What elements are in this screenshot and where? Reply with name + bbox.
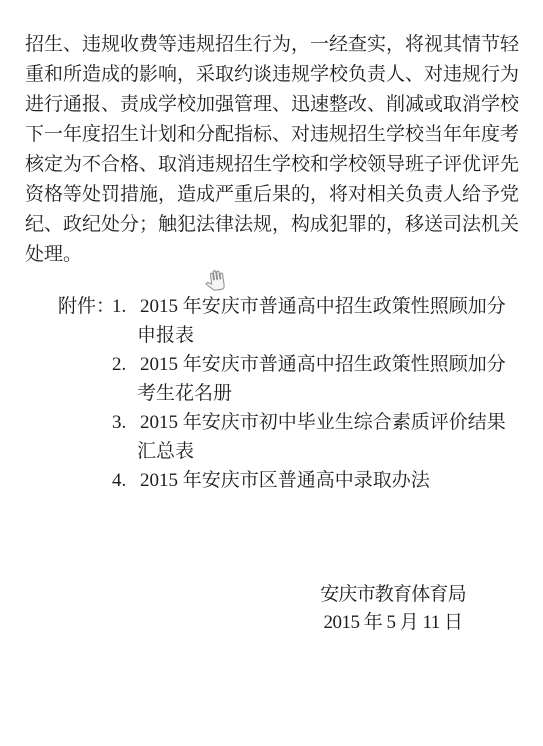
paragraph-line: 招生、违规收费等违规招生行为，一经查实，将视其情节轻 xyxy=(25,30,518,60)
hand-grab-cursor-icon xyxy=(203,268,227,294)
attachments-list: 1. 2015 年安庆市普通高中招生政策性照顾加分 申报表 2. 2015 年安… xyxy=(112,292,506,495)
body-paragraph: 招生、违规收费等违规招生行为，一经查实，将视其情节轻 重和所造成的影响，采取约谈… xyxy=(25,30,518,270)
attachment-title: 2015 年安庆市普通高中招生政策性照顾加分 考生花名册 xyxy=(140,350,506,408)
attachment-title: 2015 年安庆市初中毕业生综合素质评价结果 汇总表 xyxy=(140,408,506,466)
attachment-title-line2: 汇总表 xyxy=(137,437,506,466)
attachment-number: 1. xyxy=(112,292,140,321)
paragraph-line: 下一年度招生计划和分配指标、对违规招生学校当年年度考 xyxy=(25,120,518,150)
attachment-title-line1: 2015 年安庆市普通高中招生政策性照顾加分 xyxy=(140,292,506,321)
paragraph-line: 纪、政纪处分；触犯法律法规，构成犯罪的，移送司法机关 xyxy=(25,210,518,240)
issuer-name: 安庆市教育体育局 xyxy=(317,581,469,609)
attachment-item: 2. 2015 年安庆市普通高中招生政策性照顾加分 考生花名册 xyxy=(112,350,506,408)
attachment-item: 3. 2015 年安庆市初中毕业生综合素质评价结果 汇总表 xyxy=(112,408,506,466)
document-page: 招生、违规收费等违规招生行为，一经查实，将视其情节轻 重和所造成的影响，采取约谈… xyxy=(0,0,543,746)
paragraph-line: 进行通报、责成学校加强管理、迅速整改、削减或取消学校 xyxy=(25,90,518,120)
paragraph-line: 处理。 xyxy=(25,240,518,270)
attachment-title-line2: 考生花名册 xyxy=(137,379,506,408)
attachment-number: 2. xyxy=(112,350,140,379)
attachments-label: 附件： xyxy=(58,292,112,321)
attachment-title-line1: 2015 年安庆市普通高中招生政策性照顾加分 xyxy=(140,350,506,379)
issue-date: 2015 年 5 月 11 日 xyxy=(317,609,469,637)
attachment-item: 1. 2015 年安庆市普通高中招生政策性照顾加分 申报表 xyxy=(112,292,506,350)
attachment-number: 3. xyxy=(112,408,140,437)
attachment-title-line1: 2015 年安庆市初中毕业生综合素质评价结果 xyxy=(140,408,506,437)
signature-block: 安庆市教育体育局 2015 年 5 月 11 日 xyxy=(317,581,469,637)
attachment-title: 2015 年安庆市普通高中招生政策性照顾加分 申报表 xyxy=(140,292,506,350)
attachment-title: 2015 年安庆市区普通高中录取办法 xyxy=(140,466,430,495)
paragraph-line: 重和所造成的影响，采取约谈违规学校负责人、对违规行为 xyxy=(25,60,518,90)
attachment-item: 4. 2015 年安庆市区普通高中录取办法 xyxy=(112,466,506,495)
attachment-number: 4. xyxy=(112,466,140,495)
attachment-title-line2: 申报表 xyxy=(137,321,506,350)
attachments-section: 附件： 1. 2015 年安庆市普通高中招生政策性照顾加分 申报表 2. 201… xyxy=(58,292,506,495)
paragraph-line: 核定为不合格、取消违规招生学校和学校领导班子评优评先 xyxy=(25,150,518,180)
attachment-title-line1: 2015 年安庆市区普通高中录取办法 xyxy=(140,466,430,495)
paragraph-line: 资格等处罚措施，造成严重后果的，将对相关负责人给予党 xyxy=(25,180,518,210)
